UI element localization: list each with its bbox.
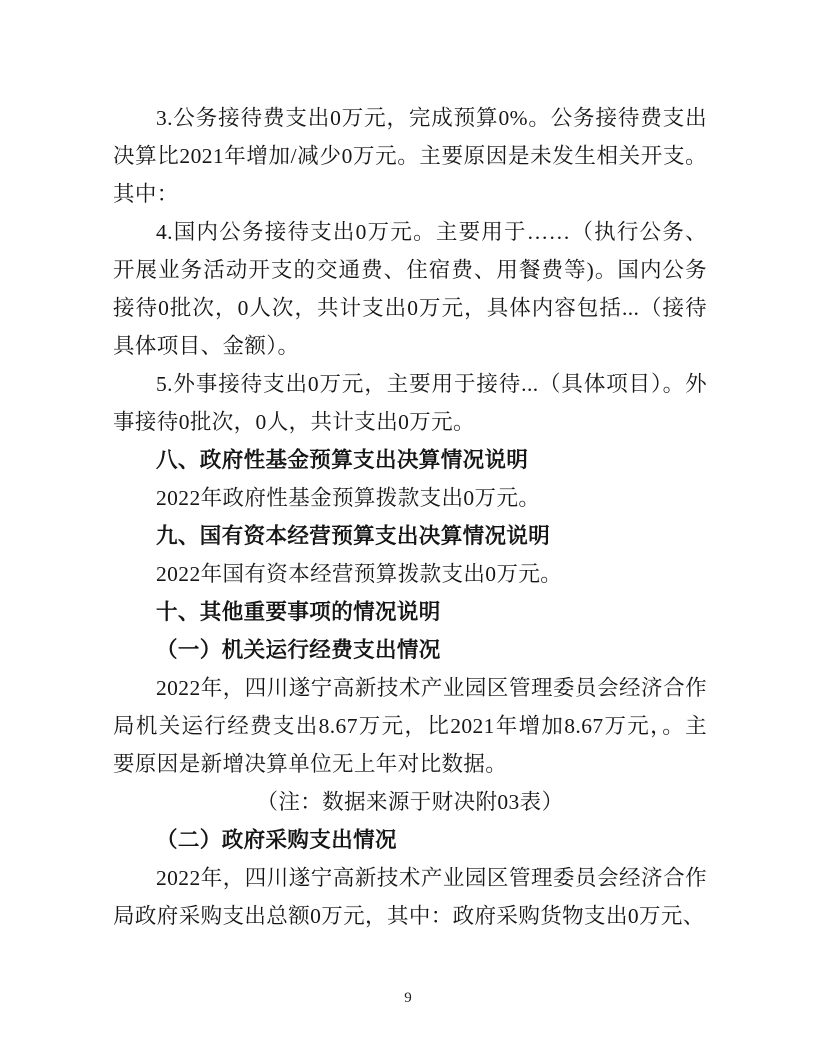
paragraph-operating-expenses: 2022年，四川遂宁高新技术产业园区管理委员会经济合作局机关运行经费支出8.67…: [113, 669, 707, 783]
subsection-heading-2-procurement: （二）政府采购支出情况: [113, 821, 707, 859]
data-source-note: （注：数据来源于财决附03表）: [113, 783, 707, 821]
subsection-heading-1-operating-expenses: （一）机关运行经费支出情况: [113, 631, 707, 669]
document-page: 3.公务接待费支出0万元，完成预算0%。公务接待费支出决算比2021年增加/减少…: [0, 0, 816, 1056]
paragraph-domestic-reception: 4.国内公务接待支出0万元。主要用于……（执行公务、开展业务活动开支的交通费、住…: [113, 213, 707, 365]
paragraph-procurement: 2022年，四川遂宁高新技术产业园区管理委员会经济合作局政府采购支出总额0万元，…: [113, 859, 707, 935]
paragraph-state-capital: 2022年国有资本经营预算拨款支出0万元。: [113, 555, 707, 593]
paragraph-government-funds: 2022年政府性基金预算拨款支出0万元。: [113, 479, 707, 517]
page-number: 9: [0, 988, 816, 1008]
paragraph-foreign-reception: 5.外事接待支出0万元，主要用于接待...（具体项目）。外事接待0批次，0人，共…: [113, 365, 707, 441]
paragraph-official-reception-total: 3.公务接待费支出0万元，完成预算0%。公务接待费支出决算比2021年增加/减少…: [113, 99, 707, 213]
section-heading-10-other-matters: 十、其他重要事项的情况说明: [113, 593, 707, 631]
section-heading-8-government-funds: 八、政府性基金预算支出决算情况说明: [113, 441, 707, 479]
section-heading-9-state-capital: 九、国有资本经营预算支出决算情况说明: [113, 517, 707, 555]
document-body: 3.公务接待费支出0万元，完成预算0%。公务接待费支出决算比2021年增加/减少…: [113, 99, 707, 935]
